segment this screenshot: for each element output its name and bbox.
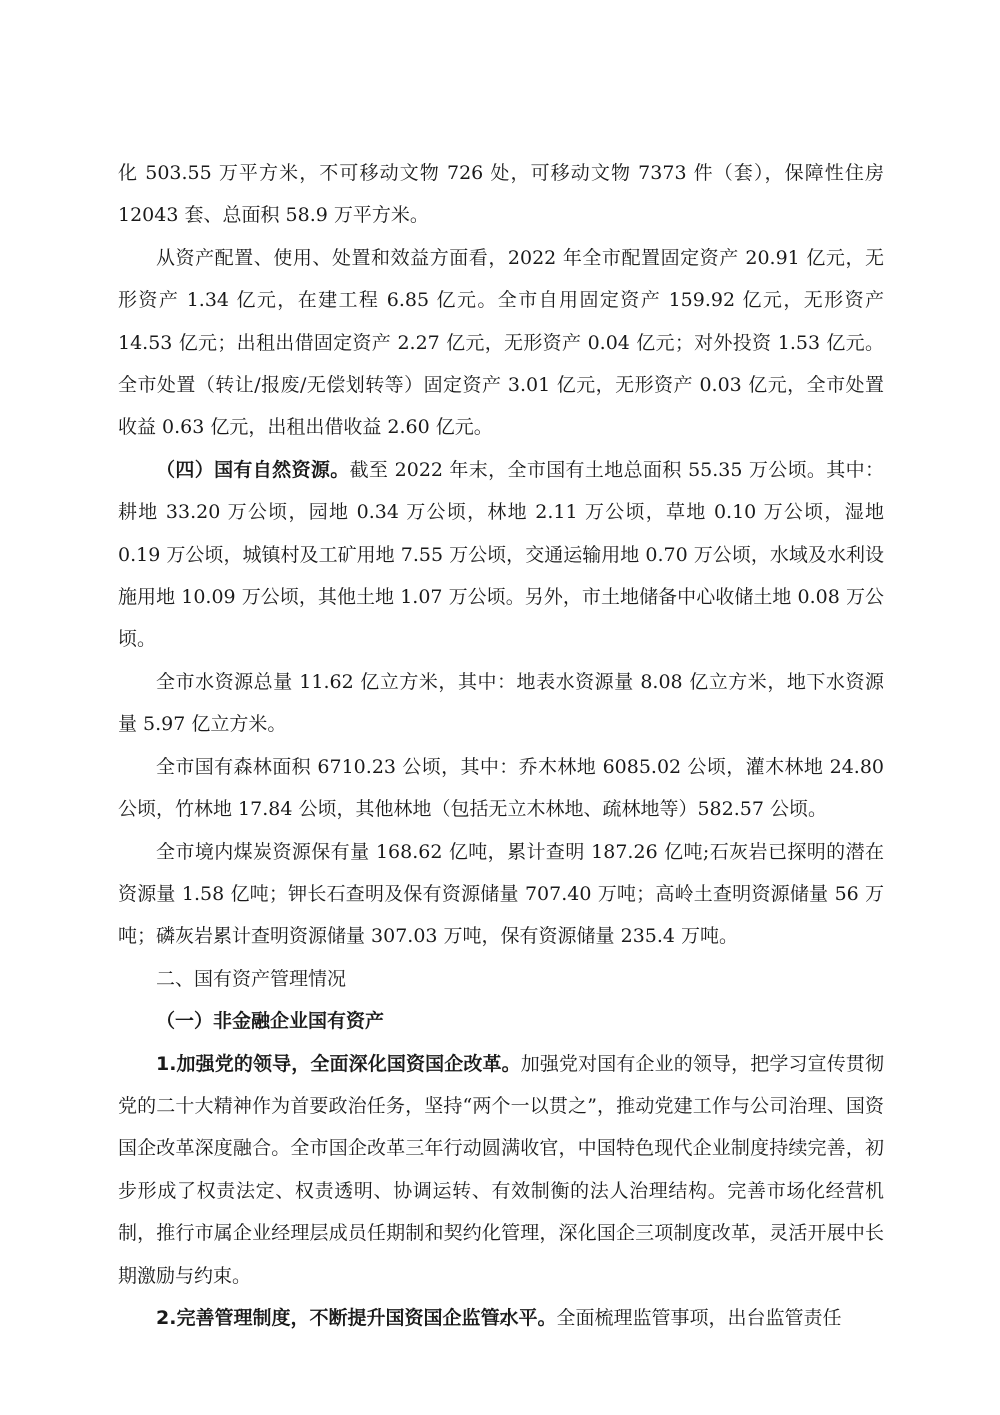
paragraph-asset-allocation: 从资产配置、使用、处置和效益方面看，2022 年全市配置固定资产 20.91 亿… — [118, 237, 884, 449]
paragraph-forest-resources: 全市国有森林面积 6710.23 公顷，其中：乔木林地 6085.02 公顷，灌… — [118, 746, 884, 831]
item-heading: 1.加强党的领导，全面深化国资国企改革。 — [156, 1053, 521, 1075]
paragraph-mineral-resources: 全市境内煤炭资源保有量 168.62 亿吨，累计查明 187.26 亿吨;石灰岩… — [118, 831, 884, 958]
paragraph-body: 截至 2022 年末，全市国有土地总面积 55.35 万公顷。其中：耕地 33.… — [118, 459, 884, 651]
paragraph-water-resources: 全市水资源总量 11.62 亿立方米，其中：地表水资源量 8.08 亿立方米，地… — [118, 661, 884, 746]
item-body: 加强党对国有企业的领导，把学习宣传贯彻党的二十大精神作为首要政治任务，坚持“两个… — [118, 1053, 884, 1287]
paragraph-cultural-housing: 化 503.55 万平方米，不可移动文物 726 处，可移动文物 7373 件（… — [118, 152, 884, 237]
inline-heading-natural-resources: （四）国有自然资源。 — [156, 459, 350, 481]
section-heading: 二、国有资产管理情况 — [118, 958, 884, 1000]
document-page: 化 503.55 万平方米，不可移动文物 726 处，可移动文物 7373 件（… — [118, 152, 884, 1339]
subsection-heading: （一）非金融企业国有资产 — [118, 1000, 884, 1042]
item-party-leadership: 1.加强党的领导，全面深化国资国企改革。加强党对国有企业的领导，把学习宣传贯彻党… — [118, 1043, 884, 1297]
paragraph-natural-resources-land: （四）国有自然资源。截至 2022 年末，全市国有土地总面积 55.35 万公顷… — [118, 449, 884, 661]
page-number: 12 — [0, 1310, 1000, 1325]
